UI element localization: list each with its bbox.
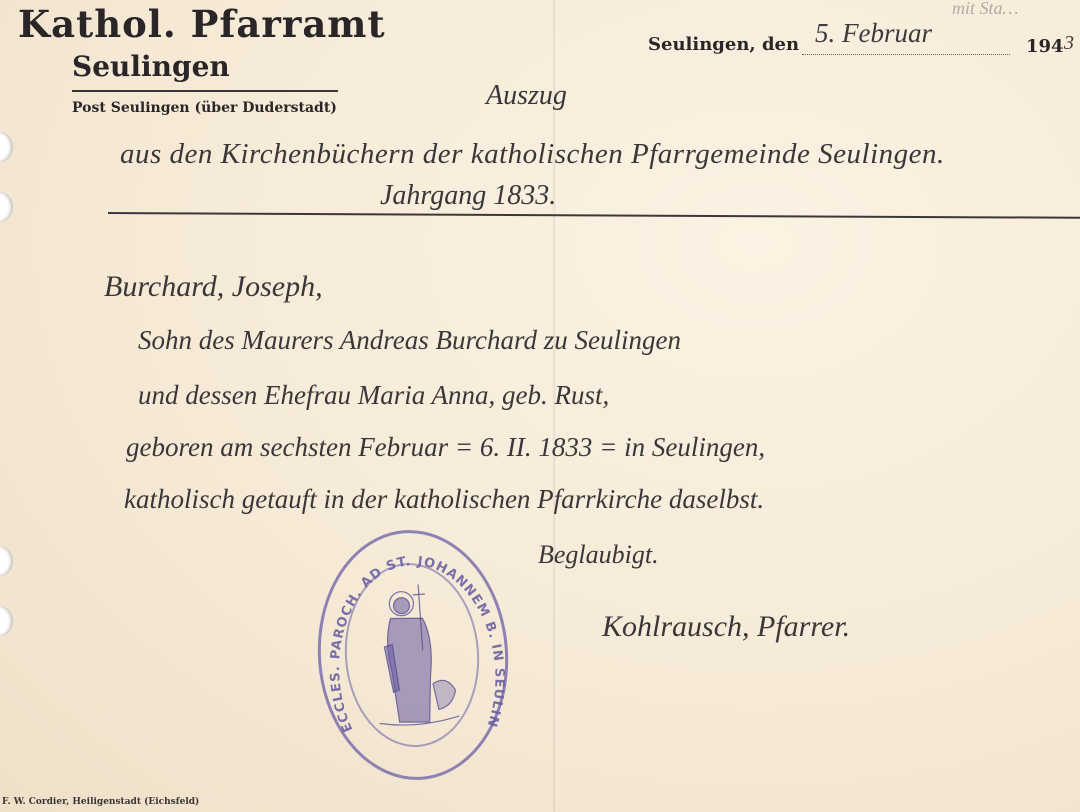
pencil-note: mit Sta…	[952, 0, 1019, 19]
year-printed: 194	[1026, 36, 1064, 57]
saint-figure-icon	[360, 578, 466, 734]
document-heading: Auszug	[486, 80, 567, 112]
document-page: Kathol. Pfarramt Seulingen Post Seulinge…	[0, 0, 1080, 812]
letterhead-rule	[72, 90, 338, 92]
letterhead-place: Seulingen	[72, 50, 230, 83]
letterhead-postal: Post Seulingen (über Duderstadt)	[72, 100, 337, 116]
body-line: Sohn des Maurers Andreas Burchard zu Seu…	[138, 325, 681, 356]
heading-year-line: Jahrgang 1833.	[380, 180, 556, 212]
parish-seal: ECCLES. PAROCH. AD ST. JOHANNEM B. IN SE…	[310, 524, 517, 787]
person-name: Burchard, Joseph,	[104, 270, 323, 304]
signature: Kohlrausch, Pfarrer.	[602, 610, 850, 644]
handwritten-date: 5. Februar	[815, 18, 932, 49]
printer-imprint: F. W. Cordier, Heiligenstadt (Eichsfeld)	[2, 797, 199, 807]
dateline-prefix: Seulingen, den	[648, 34, 799, 55]
punch-hole	[0, 606, 13, 636]
certification-label: Beglaubigt.	[538, 540, 659, 570]
heading-rule	[108, 212, 1080, 219]
punch-hole	[0, 132, 13, 162]
heading-source-line: aus den Kirchenbüchern der katholischen …	[120, 138, 945, 171]
year-handwritten: 3	[1064, 32, 1074, 55]
body-line: katholisch getauft in der katholischen P…	[124, 484, 764, 515]
body-line: und dessen Ehefrau Maria Anna, geb. Rust…	[138, 380, 609, 411]
punch-hole	[0, 546, 13, 576]
body-line: geboren am sechsten Februar = 6. II. 183…	[126, 432, 765, 463]
letterhead-title: Kathol. Pfarramt	[18, 2, 386, 46]
punch-hole	[0, 192, 13, 222]
